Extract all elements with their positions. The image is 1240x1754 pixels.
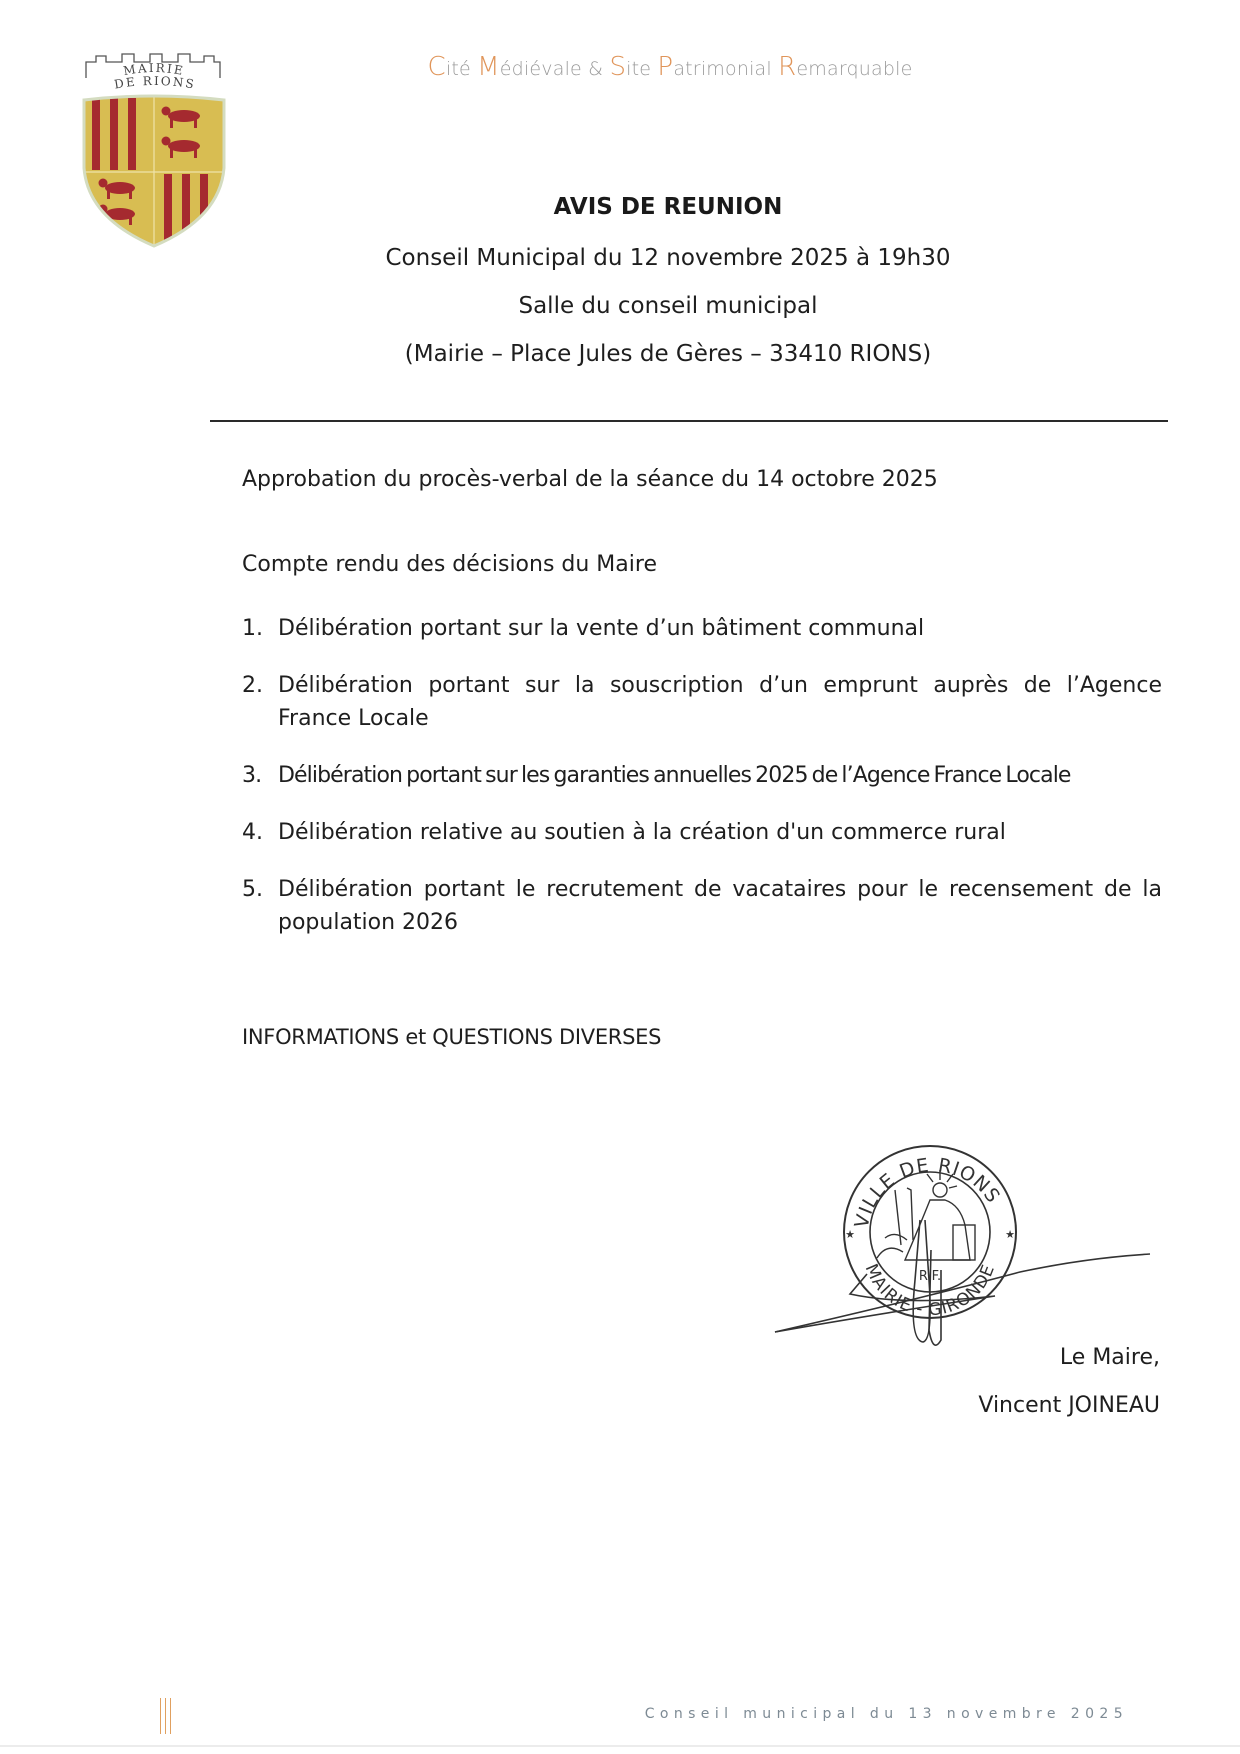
meeting-room: Salle du conseil municipal	[0, 293, 1240, 319]
agenda-item-number: 4.	[242, 816, 263, 849]
agenda-item-text: Délibération portant le recrutement de v…	[278, 877, 1162, 935]
horizontal-divider	[210, 420, 1168, 422]
agenda-item-text: Délibération portant sur la souscription…	[278, 673, 1162, 731]
page-bottom-edge	[0, 1745, 1240, 1747]
agenda-list: 1.Délibération portant sur la vente d’un…	[242, 612, 1162, 963]
agenda-approbation: Approbation du procès-verbal de la séanc…	[242, 467, 938, 492]
town-hall-stamp: VILLE DE RIONS MAIRIE - GIRONDE ★ ★ R.F.	[755, 1130, 1175, 1370]
star-icon: ★	[845, 1228, 855, 1241]
tagline-word-1: Cité	[428, 58, 478, 80]
agenda-item-number: 1.	[242, 612, 263, 645]
svg-text:VILLE DE RIONS: VILLE DE RIONS	[851, 1154, 1005, 1230]
agenda-item: 2.Délibération portant sur la souscripti…	[242, 669, 1162, 735]
tagline-word-3: Site	[609, 58, 657, 80]
tagline-word-5: Remarquable	[778, 58, 912, 80]
agenda-item: 4.Délibération relative au soutien à la …	[242, 816, 1162, 849]
signatory-name: Vincent JOINEAU	[978, 1393, 1160, 1418]
agenda-item-number: 2.	[242, 669, 263, 702]
meeting-address: (Mairie – Place Jules de Gères – 33410 R…	[0, 341, 1240, 367]
signatory-title: Le Maire,	[1060, 1345, 1160, 1370]
agenda-compte-rendu: Compte rendu des décisions du Maire	[242, 552, 657, 577]
tagline-word-4: Patrimonial	[657, 58, 778, 80]
tagline-word-2: Médiévale &	[477, 58, 609, 80]
agenda-item: 5.Délibération portant le recrutement de…	[242, 873, 1162, 939]
star-icon: ★	[1005, 1228, 1015, 1241]
agenda-item-number: 5.	[242, 873, 263, 906]
notice-title: AVIS DE REUNION	[0, 194, 1240, 220]
agenda-item: 3.Délibération portant sur les garanties…	[242, 759, 1162, 792]
meeting-date: Conseil Municipal du 12 novembre 2025 à …	[0, 245, 1240, 271]
agenda-item-text: Délibération relative au soutien à la cr…	[278, 820, 1006, 845]
footer-accent-bars	[160, 1698, 176, 1734]
heritage-tagline: Cité Médiévale & Site Patrimonial Remarq…	[0, 52, 1240, 82]
agenda-item-text: Délibération portant sur les garanties a…	[278, 763, 1071, 788]
informations-heading: INFORMATIONS et QUESTIONS DIVERSES	[242, 1025, 661, 1049]
footer-meeting-label: Conseil municipal du 13 novembre 2025	[645, 1706, 1128, 1722]
agenda-item-text: Délibération portant sur la vente d’un b…	[278, 616, 924, 641]
agenda-item: 1.Délibération portant sur la vente d’un…	[242, 612, 1162, 645]
agenda-item-number: 3.	[242, 759, 261, 792]
